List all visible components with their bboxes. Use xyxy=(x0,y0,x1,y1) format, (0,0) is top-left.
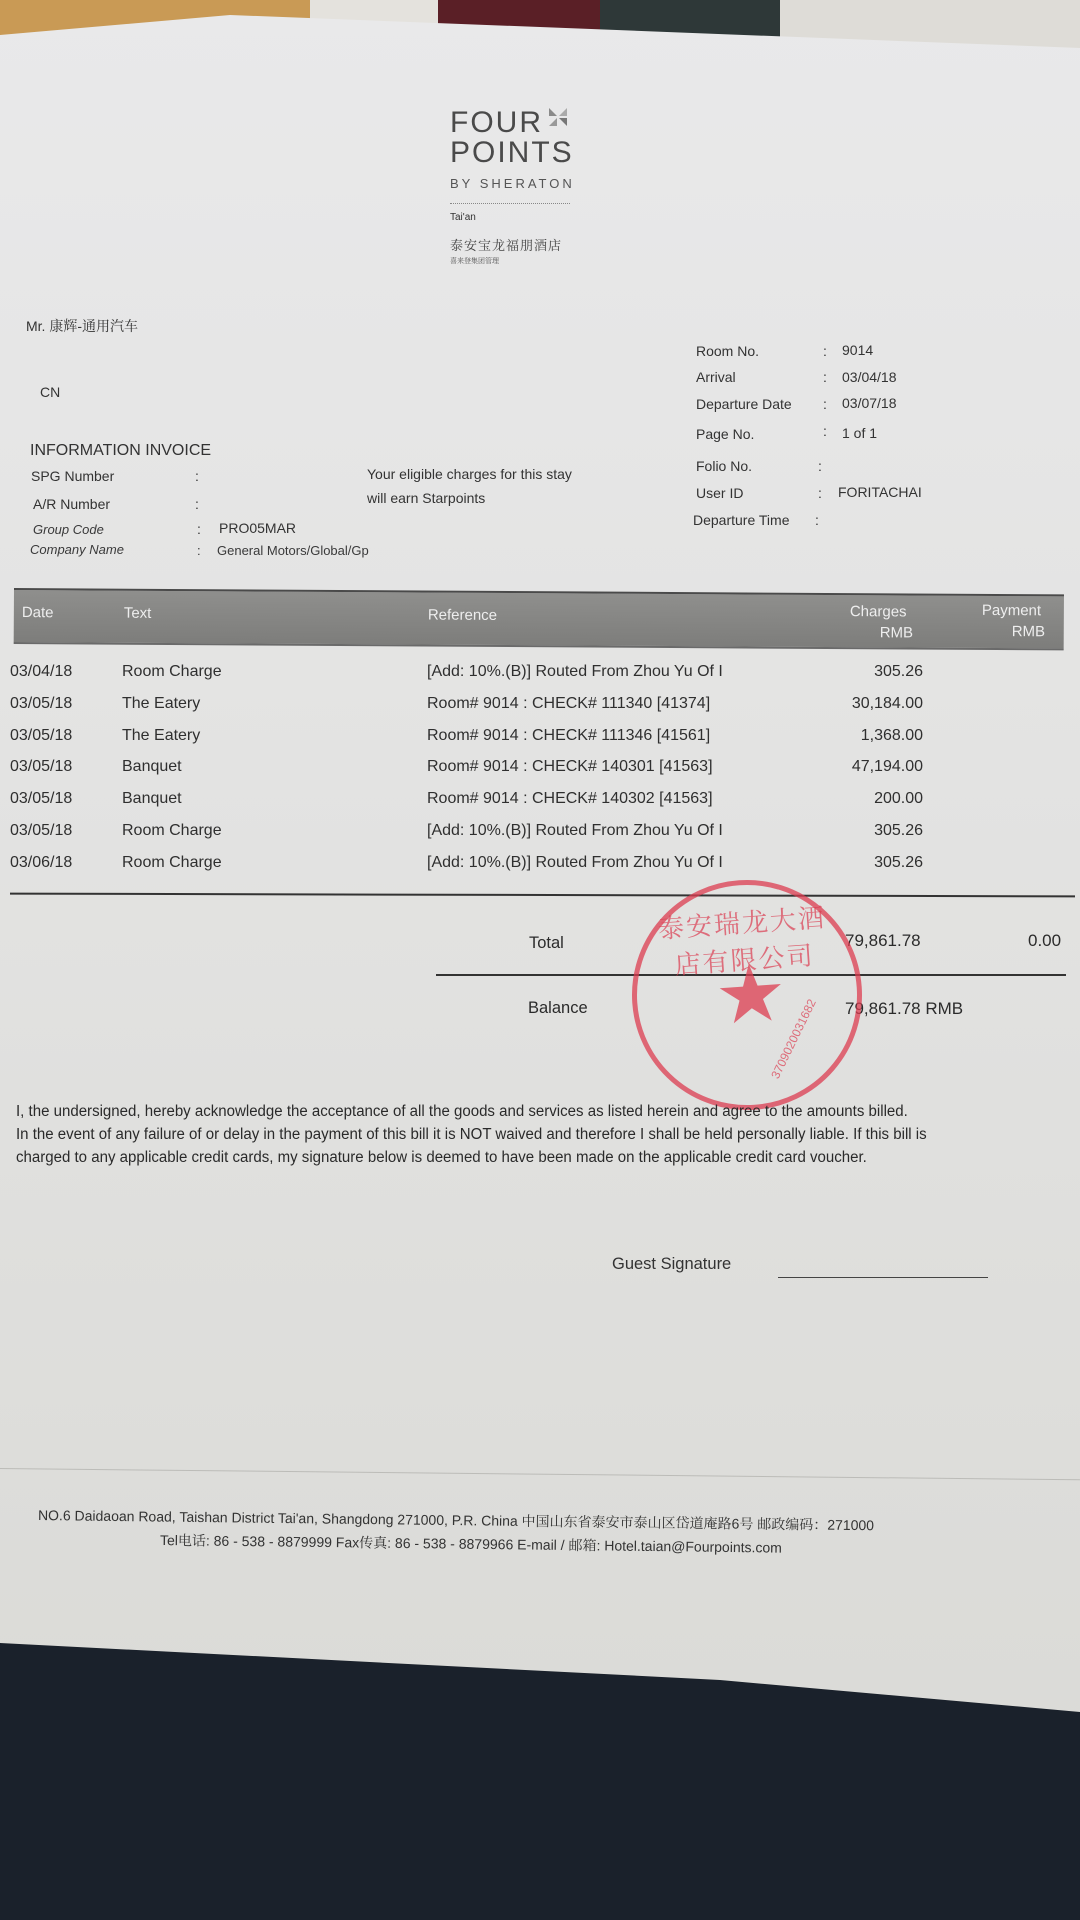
table-row: 03/05/18The EateryRoom# 9014 : CHECK# 11… xyxy=(0,727,1080,759)
field-label-group-code: Group Code xyxy=(33,522,104,537)
acknowledgement-line: In the event of any failure of or delay … xyxy=(16,1123,1044,1146)
hotel-name-cn: 泰安宝龙福朋酒店 xyxy=(450,235,630,254)
cell-charges: 305.26 xyxy=(874,854,923,872)
starpoints-note-line2: will earn Starpoints xyxy=(367,490,485,506)
cell-date: 03/05/18 xyxy=(10,758,72,776)
hotel-city: Tai'an xyxy=(450,212,630,223)
cell-charges: 1,368.00 xyxy=(861,727,923,745)
field-label-departure-date: Departure Date xyxy=(696,396,792,412)
footer-divider xyxy=(0,1468,1080,1480)
cell-charges: 305.26 xyxy=(874,822,923,840)
field-label-folio: Folio No. xyxy=(696,458,752,474)
field-colon: : xyxy=(823,343,827,359)
header-payment-unit: RMB xyxy=(1012,623,1045,640)
balance-label: Balance xyxy=(528,999,588,1018)
table-row: 03/05/18Room Charge[Add: 10%.(B)] Routed… xyxy=(0,822,1080,854)
brand-line2: POINTS xyxy=(450,138,630,168)
field-colon: : xyxy=(818,458,822,474)
hotel-logo: FOUR POINTS BY SHERATON Tai'an 泰安宝龙福朋酒店 … xyxy=(450,108,630,266)
total-payment: 0.00 xyxy=(1028,931,1061,951)
cell-reference: [Add: 10%.(B)] Routed From Zhou Yu Of I xyxy=(427,854,723,872)
field-label-arrival: Arrival xyxy=(696,369,736,385)
invoice-paper: FOUR POINTS BY SHERATON Tai'an 泰安宝龙福朋酒店 … xyxy=(0,0,1080,1920)
field-label-company: Company Name xyxy=(30,542,124,557)
cell-date: 03/05/18 xyxy=(10,822,72,840)
field-value-departure-date: 03/07/18 xyxy=(842,395,897,411)
cell-date: 03/05/18 xyxy=(10,727,72,745)
table-row: 03/04/18Room Charge[Add: 10%.(B)] Routed… xyxy=(0,663,1080,695)
cell-text: Room Charge xyxy=(122,854,222,872)
cell-text: The Eatery xyxy=(122,695,200,713)
header-charges: Charges xyxy=(850,603,907,620)
field-value-page: 1 of 1 xyxy=(842,425,877,441)
field-colon: : xyxy=(823,396,827,412)
balance-value: 79,861.78 RMB xyxy=(845,999,963,1019)
header-date: Date xyxy=(22,604,54,621)
cell-date: 03/05/18 xyxy=(10,695,72,713)
guest-name: Mr. 康辉-通用汽车 xyxy=(26,316,138,336)
field-value-group-code: PRO05MAR xyxy=(219,520,296,536)
guest-signature-label: Guest Signature xyxy=(612,1255,731,1274)
cell-charges: 30,184.00 xyxy=(852,695,923,713)
total-charges: 79,861.78 xyxy=(845,931,921,951)
field-colon: : xyxy=(195,468,199,484)
field-value-arrival: 03/04/18 xyxy=(842,369,897,385)
acknowledgement-line: charged to any applicable credit cards, … xyxy=(16,1146,1044,1169)
field-label-ar: A/R Number xyxy=(33,496,110,512)
field-value-user-id: FORITACHAI xyxy=(838,484,922,500)
field-value-company: General Motors/Global/Gp xyxy=(217,543,369,558)
company-seal-stamp: 泰安瑞龙大酒店有限公司 ★ 3709020031682 xyxy=(624,872,869,1117)
table-header: Date Text Reference Charges RMB Payment … xyxy=(14,588,1064,650)
invoice-title: INFORMATION INVOICE xyxy=(30,442,211,460)
field-colon: : xyxy=(818,485,822,501)
header-reference: Reference xyxy=(428,607,497,624)
cell-text: Room Charge xyxy=(122,822,222,840)
cell-date: 03/05/18 xyxy=(10,790,72,808)
field-colon: : xyxy=(195,496,199,512)
cell-reference: Room# 9014 : CHECK# 140302 [41563] xyxy=(427,790,713,808)
star-icon: ★ xyxy=(712,952,789,1037)
four-points-mark-icon xyxy=(547,106,569,128)
cell-reference: Room# 9014 : CHECK# 111340 [41374] xyxy=(427,695,710,713)
cell-date: 03/04/18 xyxy=(10,663,72,681)
cell-reference: Room# 9014 : CHECK# 111346 [41561] xyxy=(427,727,710,745)
brand-sub: BY SHERATON xyxy=(450,176,630,191)
cell-charges: 47,194.00 xyxy=(852,758,923,776)
field-label-departure-time: Departure Time xyxy=(693,512,789,528)
brand-line1: FOUR xyxy=(450,106,543,139)
table-row: 03/05/18BanquetRoom# 9014 : CHECK# 14030… xyxy=(0,758,1080,790)
header-payment: Payment xyxy=(982,602,1041,619)
header-text: Text xyxy=(124,605,152,622)
cell-reference: [Add: 10%.(B)] Routed From Zhou Yu Of I xyxy=(427,663,723,681)
field-label-page: Page No. xyxy=(696,426,754,442)
guest-country: CN xyxy=(40,384,60,400)
field-colon: : xyxy=(197,543,201,558)
cell-text: Banquet xyxy=(122,790,182,808)
total-label: Total xyxy=(529,934,564,953)
acknowledgement-line: I, the undersigned, hereby acknowledge t… xyxy=(16,1100,1044,1123)
table-row: 03/05/18The EateryRoom# 9014 : CHECK# 11… xyxy=(0,695,1080,727)
hotel-name-cn-sub: 喜来登集团管理 xyxy=(450,256,630,266)
cell-reference: [Add: 10%.(B)] Routed From Zhou Yu Of I xyxy=(427,822,723,840)
field-value-room: 9014 xyxy=(842,342,873,358)
cell-reference: Room# 9014 : CHECK# 140301 [41563] xyxy=(427,758,713,776)
field-label-room: Room No. xyxy=(696,343,759,359)
cell-charges: 305.26 xyxy=(874,663,923,681)
field-colon: : xyxy=(823,423,827,439)
cell-text: Room Charge xyxy=(122,663,222,681)
cell-text: Banquet xyxy=(122,758,182,776)
field-colon: : xyxy=(823,369,827,385)
guest-signature-line xyxy=(778,1277,988,1278)
acknowledgement-text: I, the undersigned, hereby acknowledge t… xyxy=(16,1100,1044,1169)
footer-contact: Tel电话: 86 - 538 - 8879999 Fax传真: 86 - 53… xyxy=(160,1530,782,1558)
table-row: 03/06/18Room Charge[Add: 10%.(B)] Routed… xyxy=(0,854,1080,886)
starpoints-note-line1: Your eligible charges for this stay xyxy=(367,466,572,482)
table-bottom-rule xyxy=(10,893,1075,898)
header-charges-unit: RMB xyxy=(880,624,913,641)
field-label-user-id: User ID xyxy=(696,485,743,501)
field-label-spg: SPG Number xyxy=(31,468,114,484)
logo-divider xyxy=(450,203,570,204)
cell-text: The Eatery xyxy=(122,727,200,745)
field-colon: : xyxy=(815,512,819,528)
table-row: 03/05/18BanquetRoom# 9014 : CHECK# 14030… xyxy=(0,790,1080,822)
field-colon: : xyxy=(197,521,201,537)
cell-charges: 200.00 xyxy=(874,790,923,808)
cell-date: 03/06/18 xyxy=(10,854,72,872)
